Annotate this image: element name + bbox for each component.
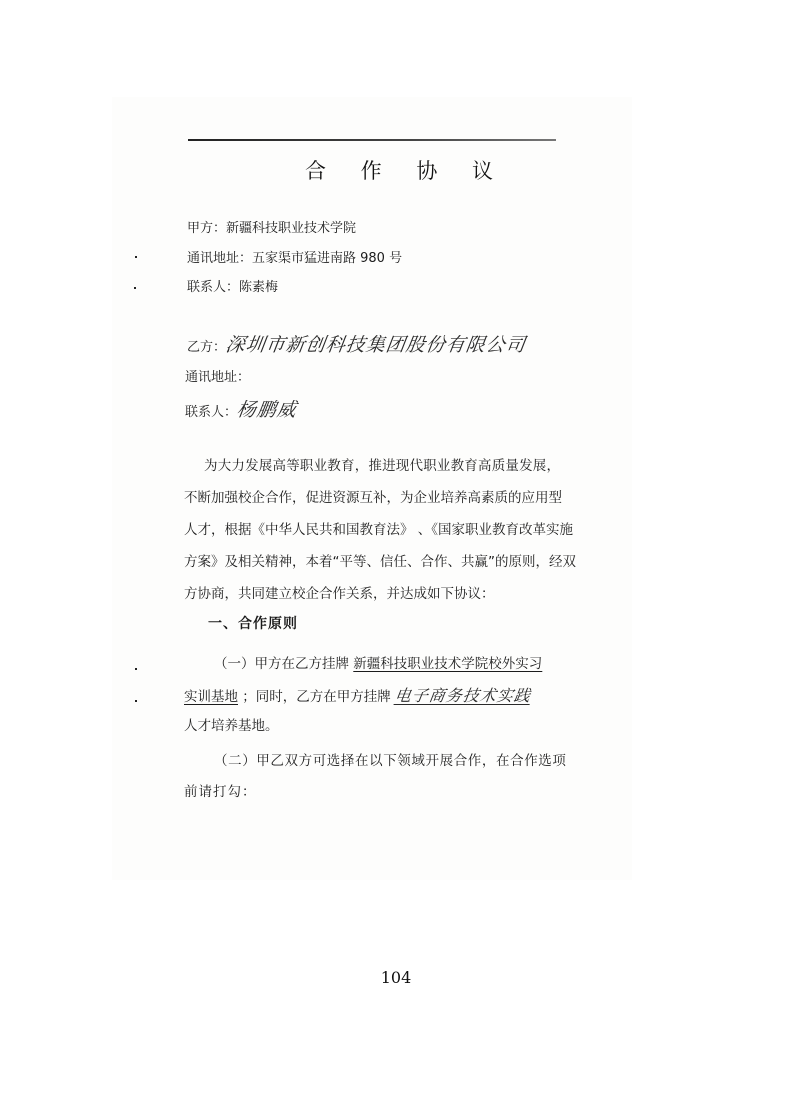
- clause-2-line-2: 前请打勾：: [184, 780, 257, 800]
- scan-mark: [135, 668, 137, 670]
- party-b-address: 通讯地址：: [185, 366, 250, 385]
- intro-line: 方案》及相关精神，本着“平等、信任、合作、共赢”的原则，经双: [184, 550, 560, 570]
- clause-1-middle: ；同时，乙方在甲方挂牌: [238, 689, 395, 705]
- clause-1-underlined-text: 新疆科技职业技术学院校外实习: [353, 656, 542, 672]
- document-title: 合 作 协 议: [0, 155, 792, 185]
- party-a-address: 通讯地址：五家渠市猛进南路 980 号: [187, 247, 402, 266]
- clause-1-handwritten: 电子商务技术实践: [393, 683, 532, 706]
- scan-mark: [135, 256, 137, 258]
- section-heading: 一、合作原则: [208, 613, 298, 633]
- party-a-contact: 联系人：陈素梅: [187, 276, 278, 295]
- party-b-label: 乙方：: [187, 340, 226, 355]
- party-b-handwritten-contact: 杨鹏威: [235, 395, 299, 422]
- page-number: 104: [0, 968, 792, 987]
- intro-line: 不断加强校企合作，促进资源互补，为企业培养高素质的应用型: [184, 486, 560, 506]
- party-b-name: 乙方：深圳市新创科技集团股份有限公司: [187, 330, 526, 357]
- clause-1-line-3: 人才培养基地。: [184, 714, 279, 734]
- party-b-contact-label: 联系人：: [185, 405, 237, 420]
- scan-mark: [134, 287, 136, 289]
- clause-1-prefix: （一）甲方在乙方挂牌: [214, 656, 353, 672]
- scan-mark: [135, 700, 137, 702]
- clause-1-line-1: （一）甲方在乙方挂牌 新疆科技职业技术学院校外实习: [214, 652, 542, 672]
- clause-2-line-1: （二）甲乙双方可选择在以下领域开展合作，在合作选项: [214, 749, 567, 769]
- clause-1-underlined-text-2: 实训基地: [184, 689, 238, 705]
- intro-line: 为大力发展高等职业教育，推进现代职业教育高质量发展，: [204, 454, 560, 474]
- party-b-contact: 联系人：杨鹏威: [185, 395, 297, 422]
- intro-line: 人才，根据《中华人民共和国教育法》 、《国家职业教育改革实施: [184, 518, 560, 538]
- party-b-handwritten-name: 深圳市新创科技集团股份有限公司: [224, 330, 528, 357]
- header-rule: [188, 139, 556, 141]
- intro-line: 方协商，共同建立校企合作关系，并达成如下协议：: [184, 582, 560, 602]
- clause-1-line-2: 实训基地 ；同时，乙方在甲方挂牌 电子商务技术实践: [184, 683, 531, 706]
- party-a-name: 甲方：新疆科技职业技术学院: [187, 217, 356, 236]
